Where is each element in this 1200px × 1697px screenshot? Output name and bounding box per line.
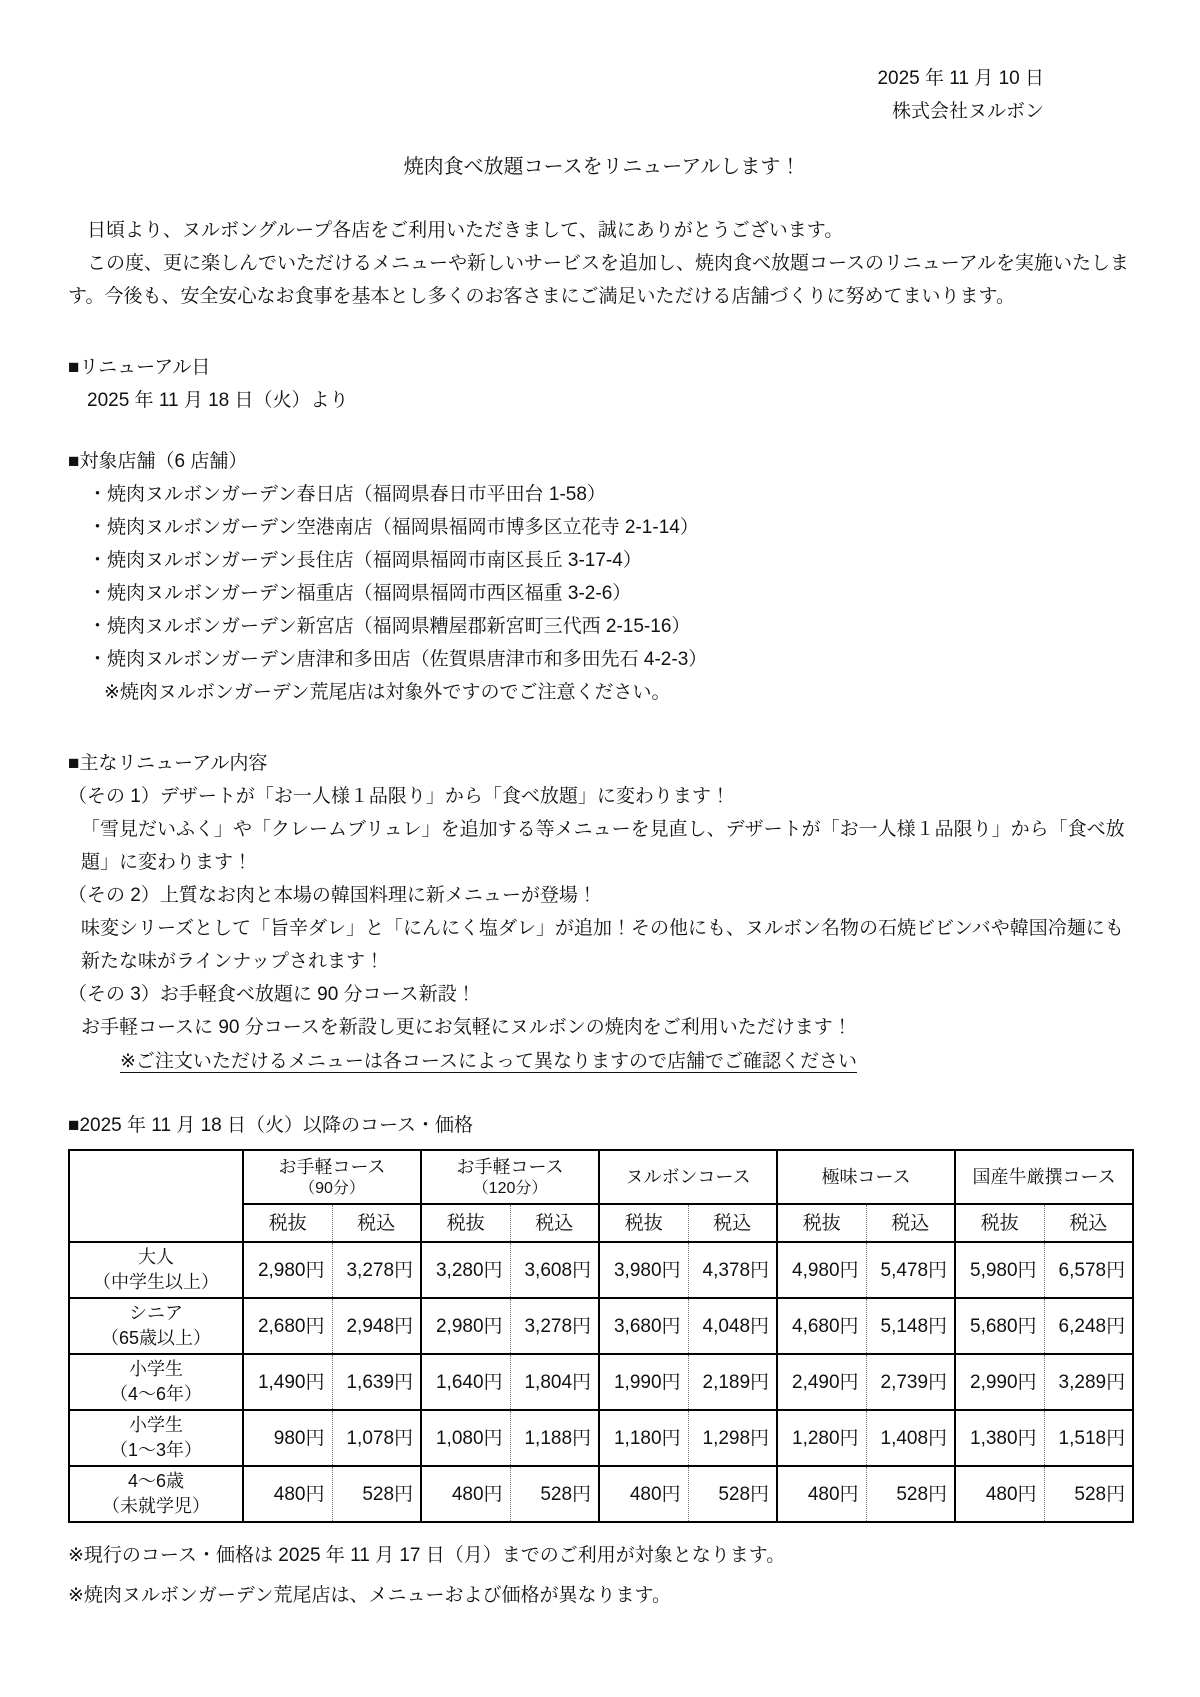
- price-cell: 2,680円: [243, 1298, 332, 1354]
- price-cell: 480円: [777, 1466, 866, 1522]
- price-cell: 6,248円: [1044, 1298, 1133, 1354]
- renewal-item-1-title: （その 1）デザートが「お一人様１品限り」から「食べ放題」に変わります！: [68, 780, 1136, 813]
- price-cell: 2,189円: [688, 1354, 777, 1410]
- store-exclusion-note: ※焼肉ヌルボンガーデン荒尾店は対象外ですのでご注意ください。: [104, 676, 1136, 709]
- store-item: ・焼肉ヌルボンガーデン空港南店（福岡県福岡市博多区立花寺 2-1-14）: [88, 511, 1136, 544]
- price-cell: 5,148円: [866, 1298, 955, 1354]
- table-row: 4〜6歳 （未就学児） 480円 528円 480円 528円 480円 528…: [69, 1466, 1133, 1522]
- store-item: ・焼肉ヌルボンガーデン新宮店（福岡県糟屋郡新宮町三代西 2-15-16）: [88, 610, 1136, 643]
- course-header: 極味コース: [777, 1150, 955, 1204]
- price-cell: 1,990円: [599, 1354, 688, 1410]
- table-row: シニア （65歳以上） 2,680円 2,948円 2,980円 3,278円 …: [69, 1298, 1133, 1354]
- tax-excl-header: 税抜: [777, 1204, 866, 1242]
- tax-excl-header: 税抜: [955, 1204, 1044, 1242]
- course-name: お手軽コース: [422, 1155, 598, 1179]
- price-cell: 6,578円: [1044, 1242, 1133, 1298]
- renewal-date-heading: ■リニューアル日: [68, 351, 1136, 384]
- price-cell: 3,980円: [599, 1242, 688, 1298]
- price-cell: 1,298円: [688, 1410, 777, 1466]
- course-name: 極味コース: [778, 1165, 954, 1189]
- price-cell: 5,680円: [955, 1298, 1044, 1354]
- price-cell: 4,048円: [688, 1298, 777, 1354]
- menu-confirmation-note: ※ご注文いただけるメニューは各コースによって異なりますので店舗でご確認ください: [120, 1045, 1136, 1078]
- price-cell: 528円: [866, 1466, 955, 1522]
- price-cell: 2,980円: [421, 1298, 510, 1354]
- row-label-line1: 4〜6歳: [70, 1469, 242, 1494]
- renewal-item-3-body: お手軽コースに 90 分コースを新設し更にお気軽にヌルボンの焼肉をご利用いただけ…: [68, 1011, 1136, 1044]
- tax-incl-header: 税込: [1044, 1204, 1133, 1242]
- price-cell: 480円: [599, 1466, 688, 1522]
- row-label: シニア （65歳以上）: [69, 1298, 243, 1354]
- price-cell: 1,490円: [243, 1354, 332, 1410]
- table-row: 小学生 （4〜6年） 1,490円 1,639円 1,640円 1,804円 1…: [69, 1354, 1133, 1410]
- price-cell: 2,980円: [243, 1242, 332, 1298]
- price-cell: 2,739円: [866, 1354, 955, 1410]
- price-cell: 3,278円: [510, 1298, 599, 1354]
- price-cell: 528円: [332, 1466, 421, 1522]
- price-cell: 1,408円: [866, 1410, 955, 1466]
- tax-excl-header: 税抜: [421, 1204, 510, 1242]
- store-item: ・焼肉ヌルボンガーデン福重店（福岡県福岡市西区福重 3-2-6）: [88, 577, 1136, 610]
- course-duration: （90分）: [244, 1179, 420, 1199]
- row-label-line2: （4〜6年）: [70, 1382, 242, 1407]
- company-name: 株式会社ヌルボン: [68, 95, 1044, 128]
- price-cell: 1,640円: [421, 1354, 510, 1410]
- course-name: お手軽コース: [244, 1155, 420, 1179]
- footnote-current-price: ※現行のコース・価格は 2025 年 11 月 17 日（月）までのご利用が対象…: [68, 1536, 1136, 1576]
- document-header: 2025 年 11 月 10 日 株式会社ヌルボン: [68, 62, 1136, 128]
- tax-incl-header: 税込: [688, 1204, 777, 1242]
- row-label: 大人 （中学生以上）: [69, 1242, 243, 1298]
- row-label-line2: （65歳以上）: [70, 1326, 242, 1351]
- row-label: 小学生 （1〜3年）: [69, 1410, 243, 1466]
- price-cell: 1,078円: [332, 1410, 421, 1466]
- row-label: 4〜6歳 （未就学児）: [69, 1466, 243, 1522]
- corner-cell: [69, 1150, 243, 1242]
- price-cell: 2,948円: [332, 1298, 421, 1354]
- document-title: 焼肉食べ放題コースをリニューアルします！: [68, 151, 1136, 184]
- tax-incl-header: 税込: [332, 1204, 421, 1242]
- table-row: 小学生 （1〜3年） 980円 1,078円 1,080円 1,188円 1,1…: [69, 1410, 1133, 1466]
- price-cell: 528円: [510, 1466, 599, 1522]
- store-item: ・焼肉ヌルボンガーデン春日店（福岡県春日市平田台 1-58）: [88, 478, 1136, 511]
- renewal-content-heading: ■主なリニューアル内容: [68, 747, 1136, 780]
- store-list: ・焼肉ヌルボンガーデン春日店（福岡県春日市平田台 1-58） ・焼肉ヌルボンガー…: [68, 478, 1136, 676]
- document-date: 2025 年 11 月 10 日: [68, 62, 1044, 95]
- row-label: 小学生 （4〜6年）: [69, 1354, 243, 1410]
- footnote-arao-store: ※焼肉ヌルボンガーデン荒尾店は、メニューおよび価格が異なります。: [68, 1576, 1136, 1616]
- store-item: ・焼肉ヌルボンガーデン唐津和多田店（佐賀県唐津市和多田先石 4-2-3）: [88, 643, 1136, 676]
- price-table: お手軽コース （90分） お手軽コース （120分） ヌルボンコース 極味コース…: [68, 1149, 1134, 1523]
- course-name: ヌルボンコース: [600, 1165, 776, 1189]
- renewal-item-1-body: 「雪見だいふく」や「クレームブリュレ」を追加する等メニューを見直し、デザートが「…: [68, 813, 1136, 879]
- target-stores-heading: ■対象店舗（6 店舗）: [68, 445, 1136, 478]
- course-header: 国産牛厳撰コース: [955, 1150, 1133, 1204]
- row-label-line1: シニア: [70, 1301, 242, 1326]
- row-label-line1: 小学生: [70, 1413, 242, 1438]
- renewal-item-2-body: 味変シリーズとして「旨辛ダレ」と「にんにく塩ダレ」が追加！その他にも、ヌルボン名…: [68, 912, 1136, 978]
- price-cell: 2,490円: [777, 1354, 866, 1410]
- price-cell: 528円: [688, 1466, 777, 1522]
- row-label-line2: （中学生以上）: [70, 1270, 242, 1295]
- price-cell: 4,980円: [777, 1242, 866, 1298]
- price-cell: 480円: [243, 1466, 332, 1522]
- course-header: お手軽コース （120分）: [421, 1150, 599, 1204]
- tax-incl-header: 税込: [866, 1204, 955, 1242]
- intro-paragraph-1: 日頃より、ヌルボングループ各店をご利用いただきまして、誠にありがとうございます。: [68, 214, 1136, 247]
- price-cell: 3,278円: [332, 1242, 421, 1298]
- footnotes: ※現行のコース・価格は 2025 年 11 月 17 日（月）までのご利用が対象…: [68, 1536, 1136, 1616]
- price-cell: 480円: [955, 1466, 1044, 1522]
- course-header: ヌルボンコース: [599, 1150, 777, 1204]
- price-cell: 5,478円: [866, 1242, 955, 1298]
- intro-section: 日頃より、ヌルボングループ各店をご利用いただきまして、誠にありがとうございます。…: [68, 214, 1136, 313]
- price-cell: 3,608円: [510, 1242, 599, 1298]
- table-row: 大人 （中学生以上） 2,980円 3,278円 3,280円 3,608円 3…: [69, 1242, 1133, 1298]
- row-label-line2: （1〜3年）: [70, 1438, 242, 1463]
- price-cell: 3,289円: [1044, 1354, 1133, 1410]
- price-cell: 528円: [1044, 1466, 1133, 1522]
- price-cell: 1,804円: [510, 1354, 599, 1410]
- row-label-line1: 小学生: [70, 1357, 242, 1382]
- store-item: ・焼肉ヌルボンガーデン長住店（福岡県福岡市南区長丘 3-17-4）: [88, 544, 1136, 577]
- course-header-row: お手軽コース （90分） お手軽コース （120分） ヌルボンコース 極味コース…: [69, 1150, 1133, 1204]
- price-cell: 1,080円: [421, 1410, 510, 1466]
- renewal-date-value: 2025 年 11 月 18 日（火）より: [68, 384, 1136, 417]
- price-cell: 1,639円: [332, 1354, 421, 1410]
- course-header: お手軽コース （90分）: [243, 1150, 421, 1204]
- tax-incl-header: 税込: [510, 1204, 599, 1242]
- price-cell: 480円: [421, 1466, 510, 1522]
- renewal-item-2-title: （その 2）上質なお肉と本場の韓国料理に新メニューが登場！: [68, 879, 1136, 912]
- price-cell: 4,378円: [688, 1242, 777, 1298]
- row-label-line1: 大人: [70, 1245, 242, 1270]
- price-cell: 5,980円: [955, 1242, 1044, 1298]
- row-label-line2: （未就学児）: [70, 1494, 242, 1519]
- price-cell: 1,180円: [599, 1410, 688, 1466]
- price-cell: 1,188円: [510, 1410, 599, 1466]
- renewal-item-3-title: （その 3）お手軽食べ放題に 90 分コース新設！: [68, 978, 1136, 1011]
- price-cell: 1,280円: [777, 1410, 866, 1466]
- tax-excl-header: 税抜: [599, 1204, 688, 1242]
- price-cell: 1,380円: [955, 1410, 1044, 1466]
- price-table-heading: ■2025 年 11 月 18 日（火）以降のコース・価格: [68, 1109, 1136, 1142]
- price-cell: 2,990円: [955, 1354, 1044, 1410]
- price-cell: 3,280円: [421, 1242, 510, 1298]
- course-name: 国産牛厳撰コース: [956, 1165, 1132, 1189]
- document-page: 2025 年 11 月 10 日 株式会社ヌルボン 焼肉食べ放題コースをリニュー…: [0, 0, 1200, 1616]
- price-cell: 4,680円: [777, 1298, 866, 1354]
- intro-paragraph-2: この度、更に楽しんでいただけるメニューや新しいサービスを追加し、焼肉食べ放題コー…: [68, 247, 1136, 313]
- course-duration: （120分）: [422, 1179, 598, 1199]
- price-cell: 3,680円: [599, 1298, 688, 1354]
- price-cell: 1,518円: [1044, 1410, 1133, 1466]
- tax-excl-header: 税抜: [243, 1204, 332, 1242]
- price-cell: 980円: [243, 1410, 332, 1466]
